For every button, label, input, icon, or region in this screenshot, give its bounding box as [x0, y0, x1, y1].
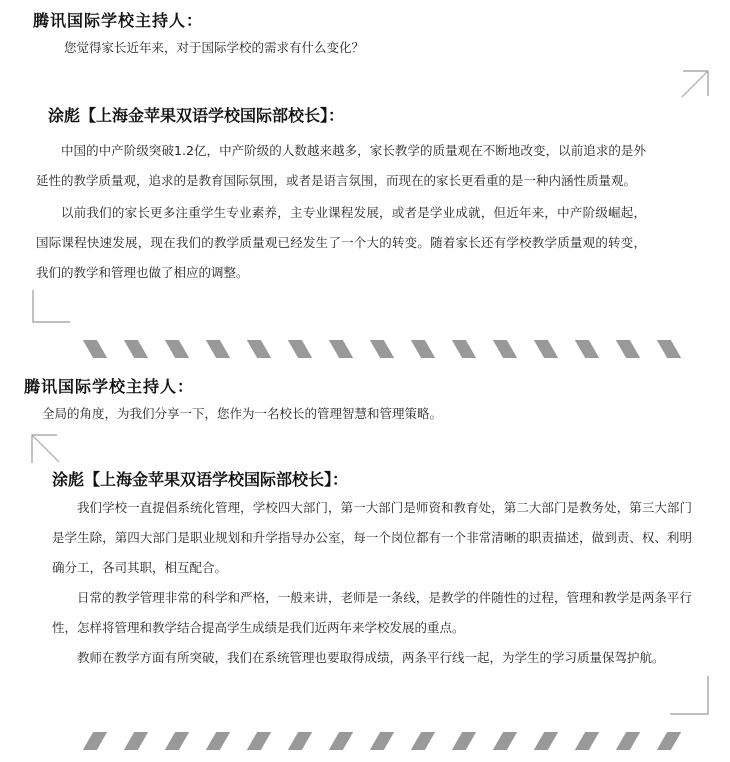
host-question: 您觉得家长近年来，对于国际学校的需求有什么变化？ — [64, 38, 364, 56]
answer-paragraph: 我们学校一直提倡系统化管理，学校四大部门，第一大部门是师资和教育处，第二大部门是… — [52, 493, 692, 583]
stripe-divider — [80, 340, 670, 360]
host-label: 腾讯国际学校主持人： — [24, 374, 194, 397]
answer-body: 中国的中产阶级突破1.2亿，中产阶级的人数越来越多，家长教学的质量观在不断地改变… — [36, 136, 646, 288]
speaker-label: 涂彪【上海金苹果双语学校国际部校长】： — [48, 103, 344, 126]
host-question: 全局的角度，为我们分享一下，您作为一名校长的管理智慧和管理策略。 — [42, 404, 442, 422]
answer-paragraph: 日常的教学管理非常的科学和严格，一般来讲，老师是一条线，是教学的伴随性的过程，管… — [52, 583, 692, 643]
host-label: 腾讯国际学校主持人： — [33, 8, 203, 31]
stripe-divider — [80, 732, 670, 752]
speaker-label: 涂彪【上海金苹果双语学校国际部校长】： — [52, 467, 348, 490]
corner-arrow-top-left-icon — [31, 434, 61, 464]
corner-bracket-bottom-left-icon — [32, 290, 72, 324]
answer-paragraph: 以前我们的家长更多注重学生专业素养，主专业课程发展，或者是学业成就，但近年来，中… — [36, 198, 646, 288]
answer-paragraph: 中国的中产阶级突破1.2亿，中产阶级的人数越来越多，家长教学的质量观在不断地改变… — [36, 136, 646, 196]
answer-body: 我们学校一直提倡系统化管理，学校四大部门，第一大部门是师资和教育处，第二大部门是… — [52, 493, 692, 673]
corner-arrow-top-right-icon — [681, 70, 709, 98]
corner-bracket-bottom-right-icon — [670, 676, 710, 716]
answer-paragraph: 教师在教学方面有所突破，我们在系统管理也要取得成绩，两条平行线一起，为学生的学习… — [52, 643, 692, 673]
